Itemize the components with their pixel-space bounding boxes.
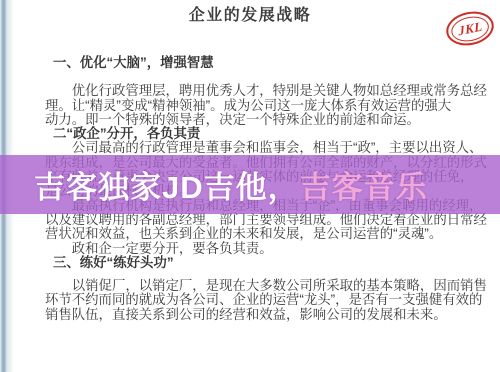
watermark-text-accent: 吉客音乐 [300,162,428,207]
body-line: 销售队伍，直接关系到公司的经营和效益，影响公司的发展和未来。 [45,308,482,322]
section: 一、优化“大脑”，增强智慧 优化行政管理层，聘用优秀人才，特别是关键人物如总经理… [45,56,482,127]
presentation-slide: 企业的发展战略 JKL 一、优化“大脑”，增强智慧 优化行政管理层，聘用优秀人才… [0,0,500,372]
body-line: 优化行政管理层，聘用优秀人才，特别是关键人物如总经理或常务总经 [45,84,482,98]
slide-title: 企业的发展战略 [0,2,500,25]
body-line: 营状况和效益，也关系到企业的未来和发展，是公司运营的“灵魂”。 [45,227,482,241]
section: 三、练好“练好头功” 以销促厂，以销定厂，是现在大多数公司所采取的基本策略，因而… [45,256,482,322]
section-heading: 三、练好“练好头功” [45,256,482,270]
body-line: 政和企一定要分开，要各负其责。 [45,242,482,256]
jkl-logo-inner-ring: JKL [449,13,491,44]
body-line: 环节不约而同的就成为各公司、企业的运营“龙头”，是否有一支强健有效的 [45,293,482,307]
body-line: 公司最高的行政管理是董事会和监事会，相当于“政”，主要以出资人、 [45,141,482,155]
section-heading: 一、优化“大脑”，增强智慧 [45,56,482,70]
body-line: 理。让“精灵”变成“精神领袖”。成为公司这一庞大体系有效运营的强大 [45,99,482,113]
watermark-text-main: 吉客独家JD吉他， [34,162,300,207]
jkl-logo-text: JKL [457,18,483,39]
watermark-banner: 吉客独家JD吉他，吉客音乐 [0,155,500,214]
